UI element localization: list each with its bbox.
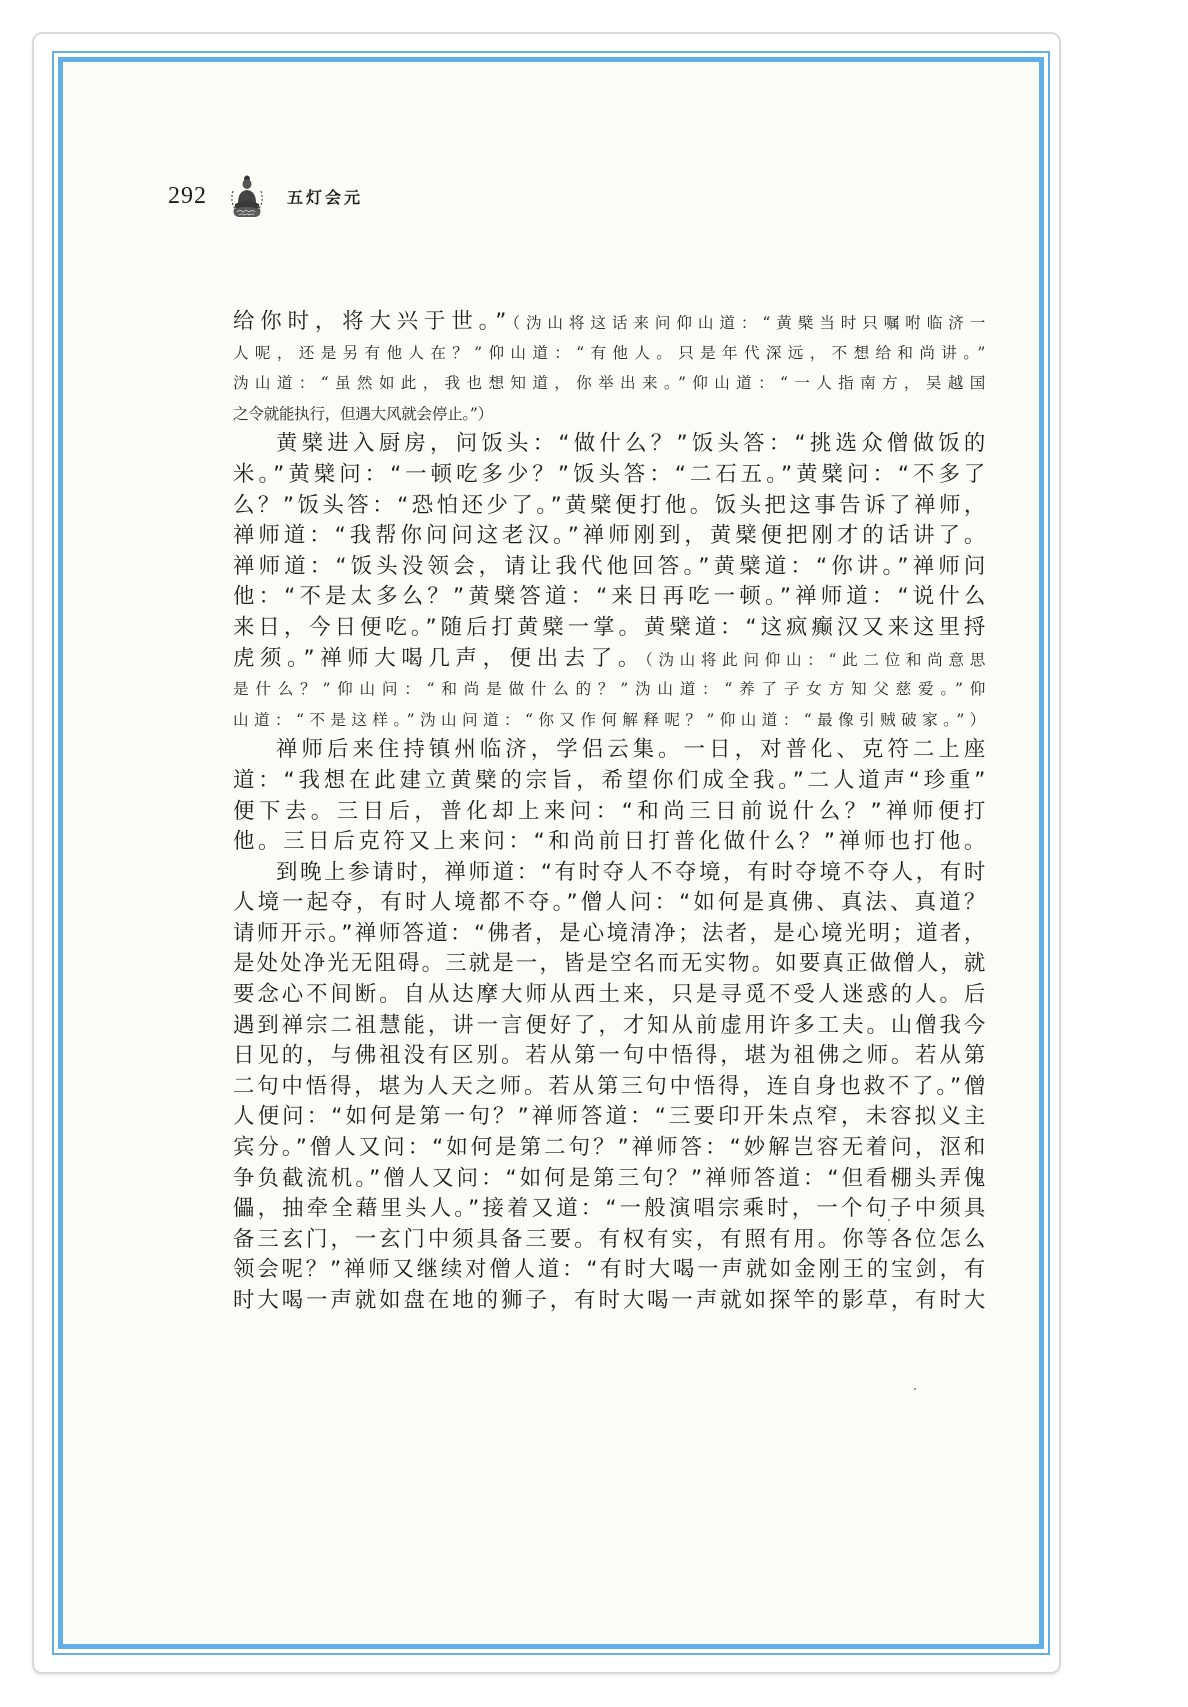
commentary-note: （沩山将此问仰山：“此二位和尚意思 [645,651,985,669]
text-line: 他：“不是太多么？”黄檗答道：“来日再吃一顿。”禅师道：“说什么 [233,582,985,613]
paragraph-start: 禅师后来住持镇州临济，学侣云集。一日，对普化、克符二上座 [233,735,985,766]
text-line: 遇到禅宗二祖慧能，讲一言便好了，才知从前虚用许多工夫。山僧我今 [233,1011,985,1042]
text-line: 禅师道：“我帮你问问这老汉。”禅师刚到，黄檗便把刚才的话讲了。 [233,521,985,552]
text-line: 人便问：“如何是第一句？”禅师答道：“三要印开朱点窄，未容拟义主 [233,1102,985,1133]
body-text: 给你时，将大兴于世。”（沩山将这话来问仰山道：“黄檗当时只嘱咐临济一 人呢，还是… [233,307,985,1317]
text-line: 要念心不间断。自从达摩大师从西土来，只是寻觅不受人迷惑的人。后 [233,980,985,1011]
text-line: 道：“我想在此建立黄檗的宗旨，希望你们成全我。”二人道声“珍重” [233,766,985,797]
text-line: 他。三日后克符又上来问：“和尚前日打普化做什么？”禅师也打他。 [233,827,985,858]
scan-speck [888,1219,890,1221]
text-line: 宾分。”僧人又问：“如何是第二句？”禅师答：“妙解岂容无着问，沤和 [233,1133,985,1164]
text-line: 二句中悟得，堪为人天之师。若从第三句中悟得，连自身也救不了。”僧 [233,1072,985,1103]
text-line: 备三玄门，一玄门中须具备三要。有权有实，有照有用。你等各位怎么 [233,1225,985,1256]
running-header: 292 五灯会元 [168,178,363,214]
text-line: 么？”饭头答：“恐怕还少了。”黄檗便打他。饭头把这事告诉了禅师， [233,491,985,522]
paragraph-start: 黄檗进入厨房，问饭头：“做什么？”饭头答：“挑选众僧做饭的 [233,429,985,460]
text-line: 便下去。三日后，普化却上来问：“和尚三日前说什么？”禅师便打 [233,797,985,828]
scan-speck [914,1388,916,1390]
page-number: 292 [168,183,207,210]
text-line: 时大喝一声就如盘在地的狮子，有时大喝一声就如探竿的影草，有时大 [233,1286,985,1317]
text-line: 日见的，与佛祖没有区别。若从第一句中悟得，堪为祖佛之师。若从第 [233,1041,985,1072]
commentary-line: 山道：“不是这样。”沩山问道：“你又作何解释呢？”仰山道：“最像引贼破家。”） [233,705,985,736]
text-line: 儡，抽牵全藉里头人。”接着又道：“一般演唱宗乘时，一个句子中须具 [233,1194,985,1225]
text-line: 人境一起夺，有时人境都不夺。”僧人问：“如何是真佛、真法、真道？ [233,888,985,919]
text-line: 给你时，将大兴于世。”（沩山将这话来问仰山道：“黄檗当时只嘱咐临济一 [233,307,985,338]
text-line: 禅师道：“饭头没领会，请让我代他回答。”黄檗道：“你讲。”禅师问 [233,552,985,583]
commentary-line: 之令就能执行，但遇大风就会停止。”） [233,399,985,430]
paragraph-start: 到晚上参请时，禅师道：“有时夺人不夺境，有时夺境不夺人，有时 [233,858,985,889]
text-line: 领会呢？”禅师又继续对僧人道：“有时大喝一声就如金刚王的宝剑，有 [233,1255,985,1286]
commentary-line: 是什么？”仰山问：“和尚是做什么的？”沩山道：“养了子女方知父慈爱。”仰 [233,674,985,705]
commentary-note: （沩山将这话来问仰山道：“黄檗当时只嘱咐临济一 [506,314,985,332]
seated-buddha-icon [225,173,269,219]
text-line: 争负截流机。”僧人又问：“如何是第三句？”禅师答道：“但看棚头弄傀 [233,1164,985,1195]
text-line: 请师开示。”禅师答道：“佛者，是心境清净；法者，是心境光明；道者， [233,919,985,950]
text-line: 虎须。”禅师大喝几声，便出去了。（沩山将此问仰山：“此二位和尚意思 [233,644,985,675]
text-line: 米。”黄檗问：“一顿吃多少？”饭头答：“二石五。”黄檗问：“不多了 [233,460,985,491]
book-title: 五灯会元 [287,185,363,208]
commentary-line: 人呢，还是另有他人在？”仰山道：“有他人。只是年代深远，不想给和尚讲。” [233,338,985,369]
text-line: 来日，今日便吃。”随后打黄檗一掌。黄檗道：“这疯癫汉又来这里捋 [233,613,985,644]
text-line: 是处处净光无阻碍。三就是一，皆是空名而无实物。如要真正做僧人，就 [233,949,985,980]
commentary-line: 沩山道：“虽然如此，我也想知道，你举出来。”仰山道：“一人指南方，吴越国 [233,368,985,399]
